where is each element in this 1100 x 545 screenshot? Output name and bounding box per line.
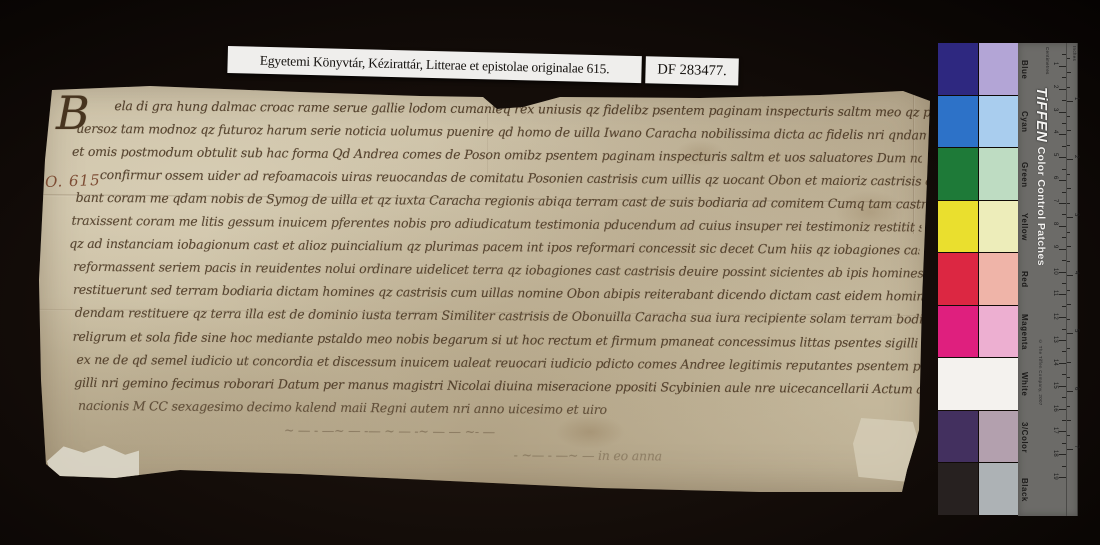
patch-label: Magenta <box>1018 306 1031 359</box>
ruler-number: 1 <box>1051 62 1058 65</box>
ruler-tick <box>1062 443 1066 444</box>
ruler-number: 12 <box>1051 313 1058 320</box>
ruler-tick <box>1067 275 1073 276</box>
manuscript-line: ex ne de qd semel iudicio ut concordia e… <box>76 352 926 373</box>
manuscript-line: ela di gra hung dalmac croac rame serue … <box>114 99 964 120</box>
centimetres-label: Centimetres <box>1045 47 1050 75</box>
manuscript-line: uersoz tam modnoz qz futuroz harum serie… <box>76 122 926 143</box>
ruler-number: 4 <box>1072 271 1079 274</box>
ruler-tick <box>1062 283 1066 284</box>
patch-row-cyan <box>938 96 1018 148</box>
tiffen-color-control-strip: BlueCyanGreenYellowRedMagentaWhite3/Colo… <box>938 43 1078 516</box>
ruler-tick <box>1067 246 1071 247</box>
ruler-number: 7 <box>1051 199 1058 202</box>
ruler-tick <box>1059 454 1066 455</box>
tiffen-logo: TiFFEN <box>1033 87 1050 142</box>
ruler-number: 4 <box>1051 130 1058 133</box>
ruler-tick <box>1059 249 1066 250</box>
color-patch-solid <box>938 43 978 95</box>
manuscript-line: reformassent seriem pacis in reuidentes … <box>73 260 923 281</box>
patch-label: Blue <box>1018 43 1031 96</box>
ruler-tick <box>1059 112 1066 113</box>
color-patch-solid <box>938 148 978 200</box>
ruler-number: 10 <box>1051 268 1058 275</box>
ruler-tick <box>1062 260 1066 261</box>
patch-row-magenta <box>938 306 1018 358</box>
patch-row-blue <box>938 43 1018 95</box>
ruler-tick <box>1062 397 1066 398</box>
ruler-tick <box>1067 391 1073 392</box>
color-patch-pastel <box>979 96 1019 148</box>
ruler-number: 18 <box>1051 450 1058 457</box>
manuscript-line: qz ad instanciam iobagionum cast et alio… <box>69 237 919 258</box>
ruler-tick <box>1062 169 1066 170</box>
ruler-number: 3 <box>1051 108 1058 111</box>
ruler-tick <box>1062 123 1066 124</box>
color-chart-gray-panel: BlueCyanGreenYellowRedMagentaWhite3/Colo… <box>1018 43 1078 516</box>
ruler-number: 1 <box>1072 97 1079 100</box>
reference-number-label: DF 283477. <box>645 56 739 85</box>
ruler-tick <box>1067 217 1073 218</box>
color-patch-solid <box>938 358 1018 410</box>
ruler-tick <box>1067 333 1073 334</box>
ruler-tick <box>1062 192 1066 193</box>
color-patch-pastel <box>979 463 1019 515</box>
ruler-number: 5 <box>1072 329 1079 332</box>
ruler-tick <box>1067 58 1070 59</box>
ruler-tick <box>1067 261 1070 262</box>
color-patch-pastel <box>979 411 1019 463</box>
ruler-number: 16 <box>1051 405 1058 412</box>
ruler-tick <box>1062 54 1066 55</box>
manuscript-line: et omis postmodum obtulit sub hac forma … <box>72 145 922 166</box>
ruler-number: 19 <box>1051 473 1058 480</box>
ruler-tick <box>1067 72 1071 73</box>
ruler-tick <box>1067 101 1073 102</box>
ruler-tick <box>1067 87 1070 88</box>
patch-label: White <box>1018 358 1031 411</box>
color-patch-pastel <box>979 43 1019 95</box>
ruler-number: 6 <box>1051 176 1058 179</box>
ruler-tick <box>1062 146 1066 147</box>
manuscript-line: nacionis M CC sexagesimo decimo kalend m… <box>78 398 607 416</box>
ruler-tick <box>1059 157 1066 158</box>
color-patch-pastel <box>979 148 1019 200</box>
patch-label: Red <box>1018 253 1031 306</box>
parchment-charter: B O. 615 ela di gra hung dalmac croac ra… <box>35 80 935 495</box>
manuscript-line: confirmur ossem uider ad refoamacois uir… <box>100 168 950 189</box>
ruler-tick <box>1059 89 1066 90</box>
ruler-number: 17 <box>1051 427 1058 434</box>
color-patch-solid <box>938 463 978 515</box>
ruler-tick <box>1062 420 1066 421</box>
manuscript-line: restituerunt sed terram bodiaria dictam … <box>73 283 923 304</box>
patch-row-yellow <box>938 201 1018 253</box>
ruler-number: 11 <box>1051 290 1058 296</box>
ruler-tick <box>1067 290 1070 291</box>
patch-label: Green <box>1018 148 1031 201</box>
ruler-tick <box>1062 351 1066 352</box>
ruler-tick <box>1059 477 1066 478</box>
ruler-tick <box>1062 214 1066 215</box>
ruler-tick <box>1067 319 1070 320</box>
ruler-tick <box>1059 226 1066 227</box>
ruler-number: 2 <box>1072 155 1079 158</box>
patch-row-green <box>938 148 1018 200</box>
ruler-tick <box>1059 294 1066 295</box>
ruler-tick <box>1067 130 1071 131</box>
ruler-tick <box>1067 145 1070 146</box>
ruler-tick <box>1059 317 1066 318</box>
ruler-number: 6 <box>1072 387 1079 390</box>
ruler-tick <box>1067 188 1071 189</box>
ruler-number: 9 <box>1051 245 1058 248</box>
manuscript-line: dendam restituere qz terra illa est de d… <box>75 306 925 327</box>
patch-row-3-color <box>938 411 1018 463</box>
ruler-tick <box>1067 348 1070 349</box>
ruler-tick <box>1059 203 1066 204</box>
archive-photograph: B O. 615 ela di gra hung dalmac croac ra… <box>0 0 1100 545</box>
ruler-tick <box>1067 406 1070 407</box>
ruler-tick <box>1059 272 1066 273</box>
archive-label-strip: Egyetemi Könyvtár, Kézirattár, Litterae … <box>227 46 739 85</box>
ruler-tick <box>1059 363 1066 364</box>
ruler-tick <box>1062 374 1066 375</box>
patch-label: Cyan <box>1018 96 1031 149</box>
chart-title: Color Control Patches <box>1035 147 1047 266</box>
ruler-tick <box>1062 306 1066 307</box>
manuscript-line: traxissent coram me litis gessum inuicem… <box>71 214 921 235</box>
ruler-number: 13 <box>1051 336 1058 343</box>
ruler-number: 5 <box>1051 153 1058 156</box>
ruler-tick <box>1067 362 1071 363</box>
brand-title: TiFFEN Color Control Patches <box>1032 87 1050 266</box>
ruler-number: 8 <box>1051 222 1058 225</box>
ruler-tick <box>1062 466 1066 467</box>
ruler-number: 2 <box>1051 85 1058 88</box>
ruler-tick <box>1067 377 1070 378</box>
ruler-number: 7 <box>1072 445 1079 448</box>
ruler-tick <box>1062 329 1066 330</box>
ruler-tick <box>1059 66 1066 67</box>
ruler-tick <box>1059 180 1066 181</box>
manuscript-text-block: ela di gra hung dalmac croac rame serue … <box>33 76 936 498</box>
ruler-tick <box>1059 386 1066 387</box>
ruler-tick <box>1067 232 1070 233</box>
ruler-tick <box>1062 100 1066 101</box>
color-patch-solid <box>938 201 978 253</box>
copyright-text: © The Tiffen Company, 2007 <box>1038 339 1043 406</box>
ruler-tick <box>1067 304 1071 305</box>
color-patches-column <box>938 43 1018 516</box>
manuscript-line: gilli nri gemino fecimus roborari Datum … <box>74 375 924 396</box>
color-patch-solid <box>938 306 978 358</box>
ruler-tick <box>1059 340 1066 341</box>
color-patch-solid <box>938 96 978 148</box>
ruler-tick <box>1067 159 1073 160</box>
ruler-tick <box>1067 203 1070 204</box>
patch-row-black <box>938 463 1018 515</box>
patch-label: 3/Color <box>1018 411 1031 464</box>
manuscript-line: bant coram me qdam nobis de Symog de uil… <box>76 191 926 212</box>
patch-row-red <box>938 253 1018 305</box>
ruler-tick <box>1062 77 1066 78</box>
ruler-tick <box>1067 420 1071 421</box>
ruler-number: 14 <box>1051 359 1058 366</box>
manuscript-line: religrum et sola fide sine hoc mediante … <box>73 329 923 350</box>
patch-label: Black <box>1018 463 1031 516</box>
ruler-tick <box>1067 174 1070 175</box>
color-patch-pastel <box>979 306 1019 358</box>
color-patch-pastel <box>979 253 1019 305</box>
collection-label: Egyetemi Könyvtár, Kézirattár, Litterae … <box>227 46 642 83</box>
patch-label: Yellow <box>1018 201 1031 254</box>
ruler-tick <box>1067 449 1073 450</box>
color-patch-pastel <box>979 201 1019 253</box>
ruler-tick <box>1059 134 1066 135</box>
manuscript-line: - ~— - —~ — in eo anna <box>514 448 662 463</box>
color-patch-solid <box>938 253 978 305</box>
ruler-tick <box>1059 431 1066 432</box>
ruler-tick <box>1067 116 1070 117</box>
ruler-number: 15 <box>1051 382 1058 389</box>
color-patch-solid <box>938 411 978 463</box>
ruler-divider-line <box>1066 43 1067 516</box>
patch-row-white <box>938 358 1018 410</box>
ruler-number: 3 <box>1072 213 1079 216</box>
ruler-tick <box>1059 409 1066 410</box>
ruler-tick <box>1062 237 1066 238</box>
ruler-tick <box>1067 435 1070 436</box>
manuscript-line: ~ — - —~ — -— ~ — -~ — — ~- — <box>284 423 495 439</box>
